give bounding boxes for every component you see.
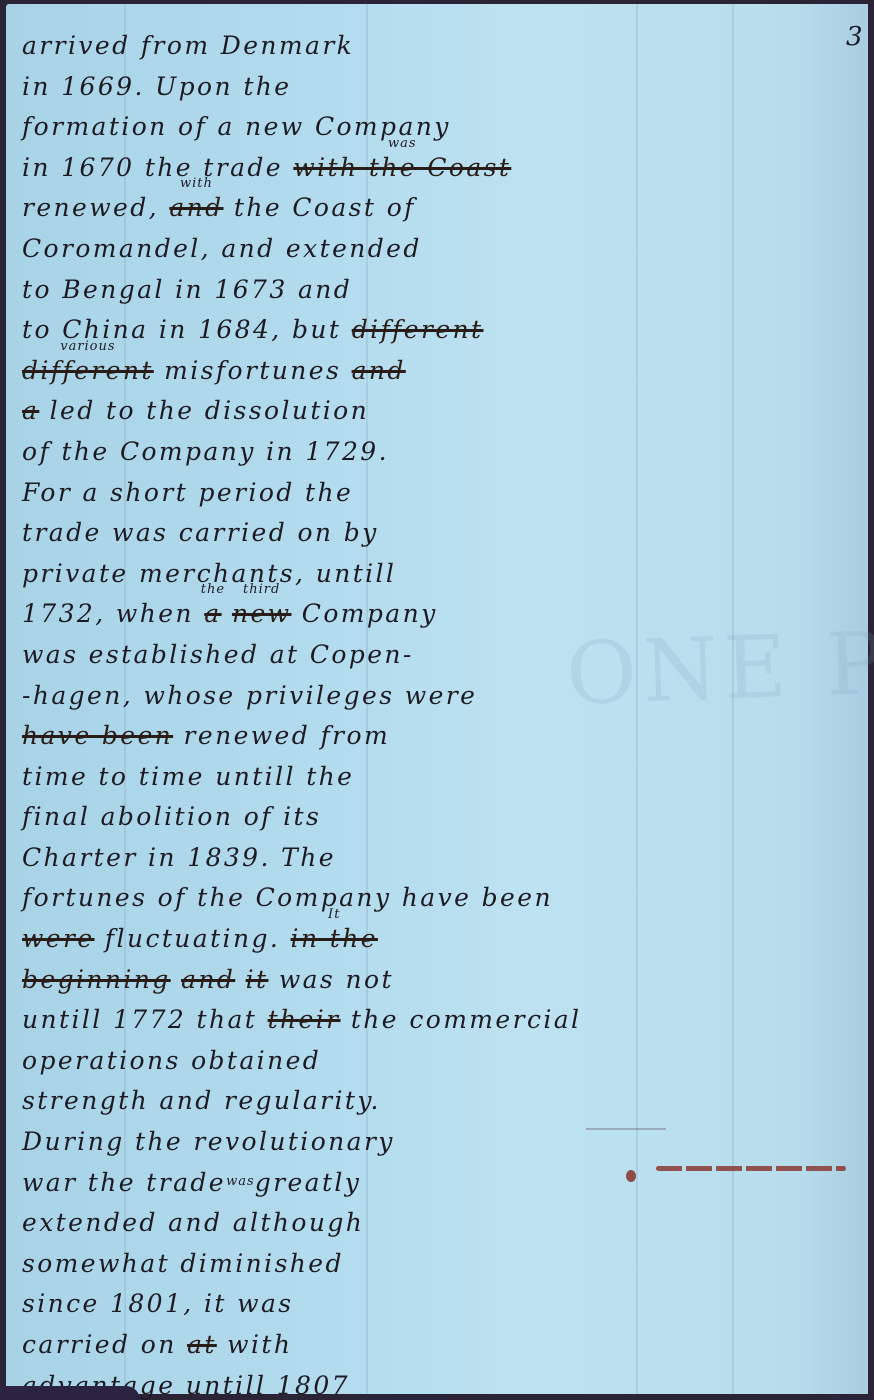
manuscript-page: ONE PENNY 3 arrived from Denmarkin 1669.… — [6, 4, 868, 1394]
manuscript-line: have been renewed from — [22, 716, 662, 757]
manuscript-line: carried on at with — [22, 1325, 662, 1366]
line-text: formation of a new Company — [22, 112, 451, 141]
manuscript-line: arrived from Denmark — [22, 26, 662, 67]
manuscript-line: private merchants, untill — [22, 554, 662, 595]
line-text: fluctuating. — [95, 924, 291, 953]
struck-through-text: and — [352, 356, 406, 385]
manuscript-line: Charter in 1839. The — [22, 838, 662, 879]
line-text: -hagen, whose privileges were — [22, 681, 477, 710]
manuscript-line: During the revolutionary — [22, 1122, 662, 1163]
manuscript-line: fortunes of the Company have been — [22, 878, 662, 919]
manuscript-line: of the Company in 1729. — [22, 432, 662, 473]
struck-through-text: their — [268, 1005, 341, 1034]
line-text: war the trade — [22, 1168, 236, 1197]
line-text: renewed, — [22, 193, 169, 222]
manuscript-line: operations obtained — [22, 1041, 662, 1082]
line-text: arrived from Denmark — [22, 31, 354, 60]
manuscript-line: untill 1772 that their the commercial — [22, 1000, 662, 1041]
line-text: with — [217, 1330, 293, 1359]
line-text — [222, 599, 232, 628]
struck-through-text: different — [352, 315, 484, 344]
manuscript-line: to China in 1684, but different — [22, 310, 662, 351]
line-text: to Bengal in 1673 and — [22, 275, 352, 304]
page-edge-shadow — [0, 1386, 140, 1400]
manuscript-line: -hagen, whose privileges were — [22, 676, 662, 717]
line-text: strength and regularity. — [22, 1086, 381, 1115]
line-text: extended and although — [22, 1208, 364, 1237]
manuscript-line: was established at Copen- — [22, 635, 662, 676]
line-text: led to the dissolution — [39, 396, 369, 425]
line-text: was established at Copen- — [22, 640, 414, 669]
struck-through-text: andwith — [169, 193, 223, 222]
struck-through-text: at — [187, 1330, 217, 1359]
struck-through-text: beginning — [22, 965, 171, 994]
line-text: was not — [268, 965, 393, 994]
manuscript-line: strength and regularity. — [22, 1081, 662, 1122]
manuscript-line: to Bengal in 1673 and — [22, 270, 662, 311]
struck-through-text: it — [246, 965, 269, 994]
line-text — [235, 965, 245, 994]
red-ink-dot — [626, 1170, 636, 1182]
line-text: somewhat diminished — [22, 1249, 344, 1278]
manuscript-line: war the trade was greatly — [22, 1163, 662, 1204]
line-text: the Coast of — [224, 193, 416, 222]
line-text: Company — [291, 599, 437, 628]
line-text — [171, 965, 181, 994]
manuscript-line: renewed, andwith the Coast of — [22, 188, 662, 229]
line-text: final abolition of its — [22, 802, 321, 831]
line-text: operations obtained — [22, 1046, 321, 1075]
manuscript-line: For a short period the — [22, 473, 662, 514]
line-text: Coromandel, and extended — [22, 234, 422, 263]
manuscript-line: 1732, when athe newthird Company — [22, 594, 662, 635]
line-text: in 1669. Upon the — [22, 72, 291, 101]
faint-ink-mark — [586, 1128, 666, 1130]
manuscript-line: final abolition of its — [22, 797, 662, 838]
line-text: greatly — [244, 1168, 361, 1197]
interlinear-insertion: was — [388, 137, 417, 151]
interlinear-insertion: third — [243, 583, 280, 597]
line-text: 1732, when — [22, 599, 204, 628]
struck-through-text: a — [22, 396, 39, 425]
red-ink-stroke — [656, 1166, 846, 1171]
interlinear-insertion: the — [201, 583, 225, 597]
interlinear-insertion: with — [180, 177, 213, 191]
line-text: of the Company in 1729. — [22, 437, 389, 466]
manuscript-line: beginning and it was not — [22, 960, 662, 1001]
line-text: time to time untill the — [22, 762, 354, 791]
line-text: in 1670 the trade — [22, 153, 293, 182]
line-text: Charter in 1839. The — [22, 843, 336, 872]
handwritten-text-body: arrived from Denmarkin 1669. Upon thefor… — [22, 26, 662, 1400]
manuscript-line: Coromandel, and extended — [22, 229, 662, 270]
manuscript-line: in 1669. Upon the — [22, 67, 662, 108]
page-number: 3 — [846, 22, 863, 52]
manuscript-line: time to time untill the — [22, 757, 662, 798]
line-text: trade was carried on by — [22, 518, 379, 547]
line-text: During the revolutionary — [22, 1127, 395, 1156]
line-text: the commercial — [341, 1005, 582, 1034]
manuscript-line: formation of a new Company — [22, 107, 662, 148]
manuscript-line: were fluctuating. in theIt — [22, 919, 662, 960]
line-text: carried on — [22, 1330, 187, 1359]
line-text: fortunes of the Company have been — [22, 883, 553, 912]
line-text: For a short period the — [22, 478, 353, 507]
manuscript-line: differentvarious misfortunes and — [22, 351, 662, 392]
line-text: since 1801, it was — [22, 1289, 294, 1318]
struck-through-text: were — [22, 924, 95, 953]
line-text: misfortunes — [154, 356, 352, 385]
manuscript-line: since 1801, it was — [22, 1284, 662, 1325]
struck-through-text: differentvarious — [22, 356, 154, 385]
struck-through-text: and — [181, 965, 235, 994]
manuscript-line: in 1670 the trade with the Coastwas — [22, 148, 662, 189]
manuscript-line: trade was carried on by — [22, 513, 662, 554]
struck-through-text: with the Coastwas — [293, 153, 511, 182]
struck-through-text: in theIt — [291, 924, 378, 953]
line-text: renewed from — [173, 721, 390, 750]
struck-through-text: newthird — [232, 599, 292, 628]
manuscript-line: somewhat diminished — [22, 1244, 662, 1285]
struck-through-text: athe — [204, 599, 221, 628]
manuscript-line: a led to the dissolution — [22, 391, 662, 432]
line-text: untill 1772 that — [22, 1005, 268, 1034]
interlinear-insertion: It — [328, 908, 340, 922]
struck-through-text: have been — [22, 721, 173, 750]
interlinear-insertion: various — [60, 340, 115, 354]
manuscript-line: extended and although — [22, 1203, 662, 1244]
